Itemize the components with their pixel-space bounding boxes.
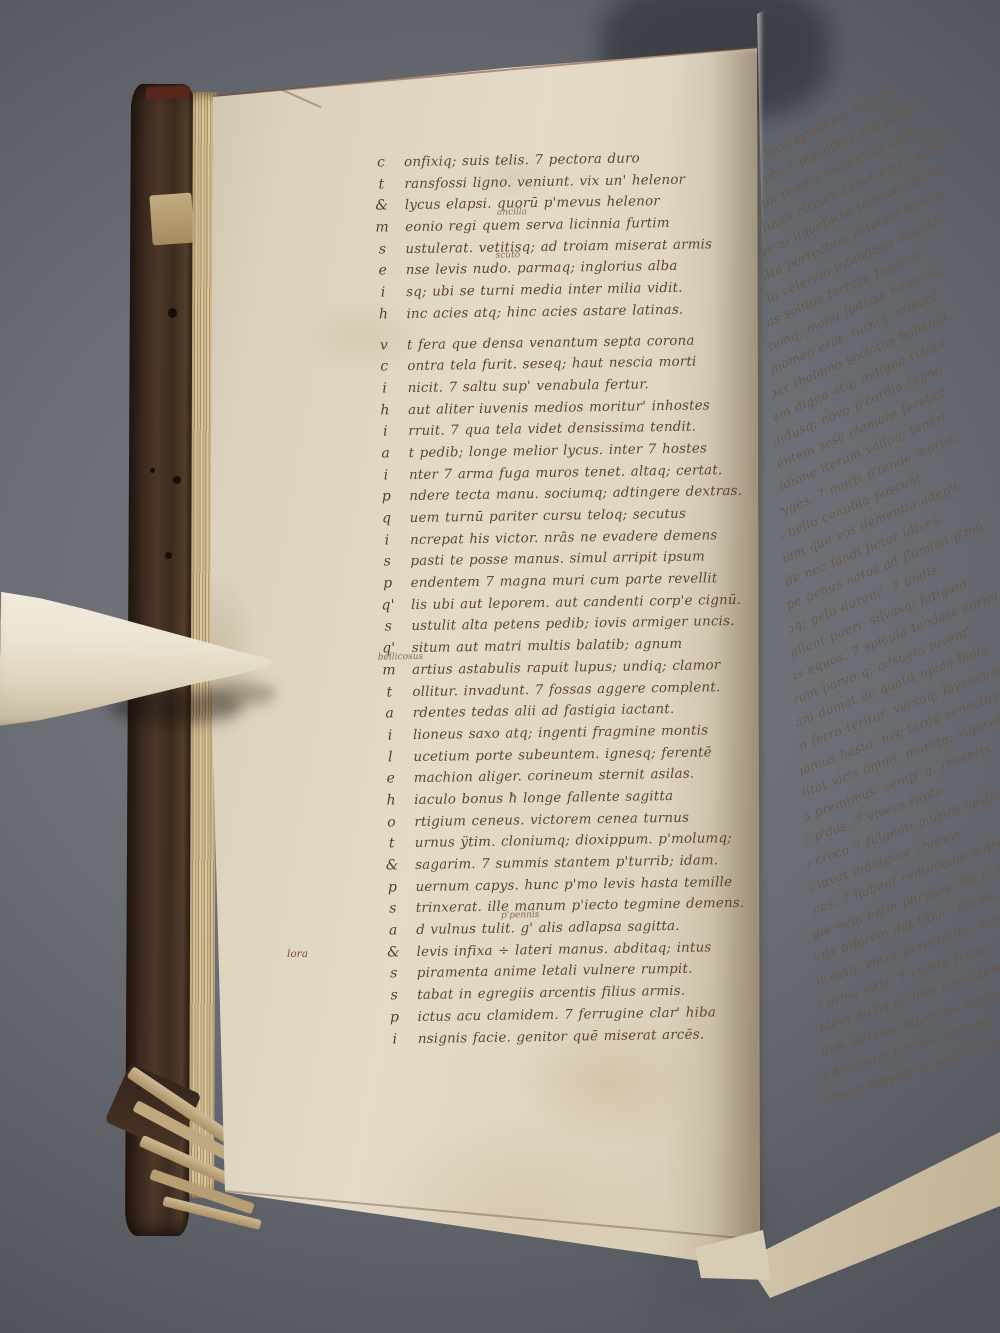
verse-text: ustulit alta petens pedib; iovis armiger… [411, 614, 734, 634]
interlinear-gloss: p'pennis [501, 911, 540, 921]
verse-initial: s [383, 985, 405, 1007]
verse-initial: m [371, 217, 393, 239]
verse-initial: a [379, 703, 401, 725]
verse-text: sq; ubi se turni media inter milia vidit… [406, 281, 683, 300]
verse-initial: o [380, 812, 402, 834]
verse-initial: a [375, 443, 397, 465]
verse-text: sagarim. 7 summis stantem p'turrib; idam… [415, 853, 718, 873]
verse-text: tabat in egregiis arcentis filius armis. [417, 984, 685, 1003]
left-manuscript-page: confixiq; suis telis. 7 pectora durotran… [205, 40, 765, 1280]
verse-initial: c [373, 356, 395, 378]
wormhole [168, 308, 177, 318]
marginal-note: lora [287, 948, 308, 960]
verse-text: rtigium ceneus. victorem cenea turnus [414, 810, 689, 829]
verse-text: nter 7 arma fuga muros tenet. altaq; cer… [409, 463, 723, 483]
interlinear-gloss: ancilla [497, 208, 527, 217]
verse-text: ontra tela furit. seseq; haut nescia mor… [407, 355, 696, 375]
verse-initial: & [381, 855, 403, 877]
verse-text: iaculo bonus ħ longe fallente sagitta [414, 789, 673, 808]
verse-text: ictus acu clamidem. 7 ferrugine clar' hi… [417, 1005, 716, 1025]
verse-initial: p [375, 487, 397, 509]
binding-repair-patch [149, 193, 194, 246]
verse-initial: s [376, 552, 398, 574]
verse-text: piramenta anime letali vulnere rumpit. [417, 962, 693, 981]
wormhole [173, 476, 181, 484]
verse-initial: t [378, 682, 400, 704]
verse-text: d vulnus tulit. g' alis adlapsa sagitta. [416, 919, 680, 938]
verse-initial: l [379, 747, 401, 769]
verse-text: aut aliter iuvenis medios moritur' inhos… [408, 398, 710, 418]
verse-text: rruit. 7 qua tela videt densissima tendi… [408, 420, 696, 440]
verse-initial: h [372, 304, 394, 326]
verse-text: t pedib; longe melior lycus. inter 7 hos… [409, 441, 707, 461]
verse-text: levis infixa ÷ lateri manus. abditaq; in… [416, 940, 711, 960]
verse-text: inc acies atq; hinc acies astare latinas… [406, 303, 683, 322]
verse-initial: q' [377, 595, 399, 617]
left-page-lines: confixiq; suis telis. 7 pectora durotran… [370, 147, 714, 1050]
verse-text: ncrepat his victor. nrās ne evadere deme… [410, 528, 718, 548]
verse-text: ustulerat. vetitisq; ad troiam miserat a… [405, 237, 712, 257]
verse-text: lioneus saxo atq; ingenti fragmine monti… [413, 723, 708, 743]
verse-initial: i [375, 465, 397, 487]
verse-initial: t [381, 834, 403, 856]
curled-right-page: nte luco symadeia circumgis ubi 7 placab… [735, 0, 1000, 1333]
verse-text: onfixiq; suis telis. 7 pectora duro [404, 151, 640, 170]
verse-initial: e [372, 261, 394, 283]
verse-text: lycus elapsi. quorū p'mevus helenor [405, 194, 660, 213]
leaf-cast-shadow [712, 50, 762, 1260]
verse-text: urnus ÿtim. cloniumq; dioxippum. p'molum… [415, 831, 732, 851]
verse-text: endentem 7 magna muri cum parte revellit [411, 571, 718, 591]
verse-initial: i [372, 282, 394, 304]
verse-initial: t [370, 174, 392, 196]
verse-text: situm aut matri multis balatib; agnum [412, 637, 683, 656]
verse-initial: m [378, 660, 400, 682]
verse-initial: i [374, 378, 396, 400]
verse-initial: s [377, 617, 399, 639]
verse-initial: a [382, 920, 404, 942]
verse-initial: i [376, 530, 398, 552]
verse-initial: i [379, 725, 401, 747]
verse-text: trinxerat. ille manum p'iecto tegmine de… [416, 896, 745, 916]
verse-text: nse levis nudo. parmaq; inglorius alba [406, 259, 678, 278]
verse-text: eonio regi quem serva licinnia furtim [405, 216, 670, 235]
verse-initial: s [383, 964, 405, 986]
pointer-shadow [204, 682, 276, 706]
verse-text: artius astabulis rapuit lupus; undiq; cl… [412, 658, 721, 678]
manuscript-photo: confixiq; suis telis. 7 pectora durotran… [0, 0, 1000, 1333]
verse-text: uem turnū pariter cursu teloq; secutus [410, 507, 686, 526]
verse-initial: i [384, 1029, 406, 1051]
interlinear-gloss: scuto [496, 252, 521, 261]
verse-initial: c [370, 152, 392, 174]
verse-initial: i [374, 422, 396, 444]
verse-text: nicit. 7 saltu sup' venabula fertur. [408, 377, 649, 396]
verse-text: ollitur. invadunt. 7 fossas aggere compl… [412, 680, 720, 700]
verse-initial: e [380, 768, 402, 790]
verse-initial: & [371, 196, 393, 218]
verse-initial: p [377, 573, 399, 595]
verse-initial: s [382, 899, 404, 921]
verse-line: hinc acies atq; hinc acies astare latina… [372, 299, 702, 326]
verse-initial: q [376, 508, 398, 530]
verse-initial: s [371, 239, 393, 261]
verse-initial: h [380, 790, 402, 812]
wormhole [150, 468, 155, 473]
interlinear-gloss: bellicosus [378, 653, 423, 663]
wormhole [165, 552, 172, 559]
verse-text: lis ubi aut leporem. aut candenti corp'e… [411, 593, 741, 613]
verse-text: t fera que densa venantum septa corona [407, 333, 695, 353]
verse-text: ndere tecta manu. sociumq; adtingere dex… [409, 484, 742, 504]
verse-text: rdentes tedas alii ad fastigia iactant. [413, 702, 675, 721]
right-page-lines: nte luco symadeia circumgis ubi 7 placab… [735, 0, 1000, 1333]
verse-initial: p [381, 877, 403, 899]
verse-initial: p [383, 1007, 405, 1029]
verse-text: ucetium porte subeuntem. ignesq; ferentē [413, 745, 712, 765]
verse-text: ransfossi ligno. veniunt. vix un' heleno… [404, 172, 685, 191]
verse-text: machion aliger. corineum sternit asilas. [414, 767, 695, 786]
verse-initial: & [382, 942, 404, 964]
verse-text: nsignis facie. genitor quē miserat arcēs… [418, 1027, 705, 1046]
verse-initial: h [374, 400, 396, 422]
verse-text: pasti te posse manus. simul arripit ipsu… [410, 550, 705, 570]
verse-initial: v [373, 335, 395, 357]
verse-text: uernum capys. hunc p'mo levis hasta temi… [415, 875, 732, 895]
board-edge [146, 85, 191, 100]
